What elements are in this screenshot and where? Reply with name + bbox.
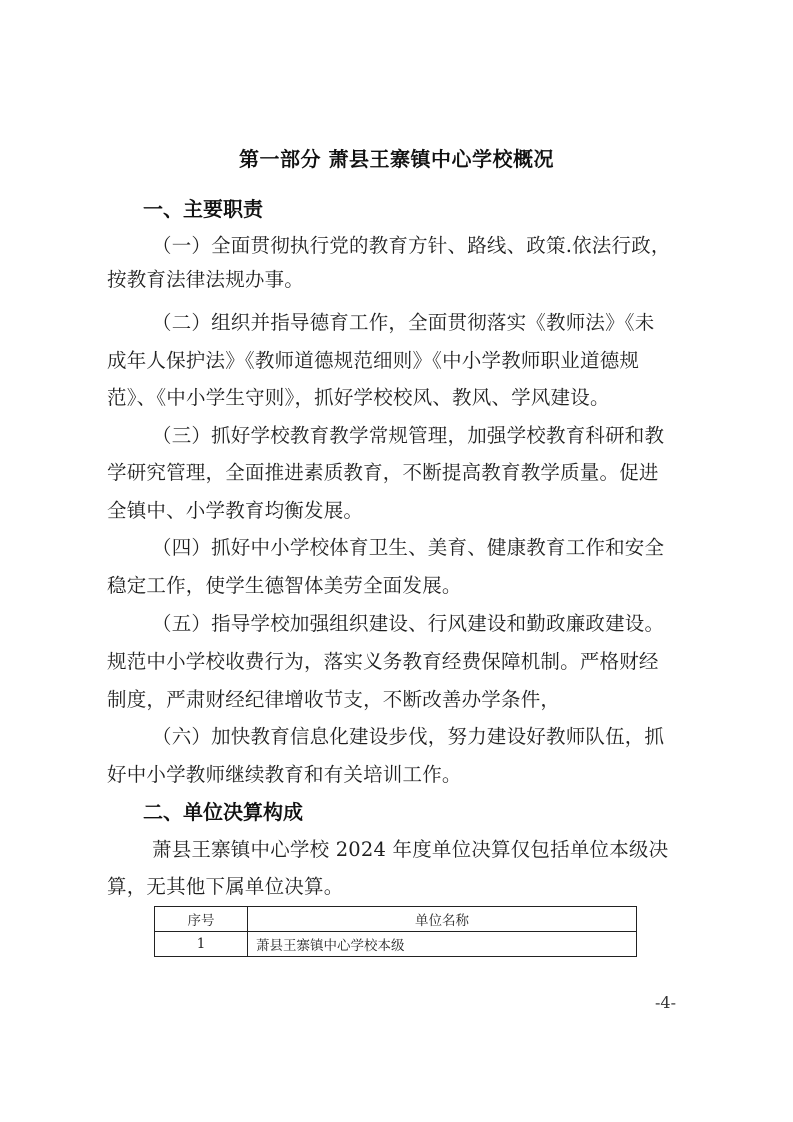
- page-number: -4-: [655, 993, 676, 1012]
- table-header-index: 序号: [155, 907, 248, 932]
- paragraph-line: （二）组织并指导德育工作，全面贯彻落实《教师法》《未: [152, 307, 654, 335]
- document-page: 第一部分 萧县王寨镇中心学校概况 一、主要职责 （一）全面贯彻执行党的教育方针、…: [0, 0, 793, 1122]
- table-cell-unit-name: 萧县王寨镇中心学校本级: [248, 932, 637, 957]
- paragraph-line: 制度，严肃财经纪律增收节支，不断改善办学条件，: [107, 684, 560, 712]
- section-heading-duties: 一、主要职责: [143, 193, 263, 222]
- table-header-unit-name: 单位名称: [248, 907, 637, 932]
- paragraph-line: 范》、《中小学生守则》，抓好学校校风、教风、学风建设。: [107, 382, 610, 410]
- paragraph-line: 按教育法律法规办事。: [107, 264, 304, 292]
- paragraph-line: （四）抓好中小学校体育卫生、美育、健康教育工作和安全: [152, 532, 664, 560]
- paragraph-line: 好中小学教师继续教育和有关培训工作。: [107, 759, 462, 787]
- table-cell-index: 1: [155, 932, 248, 957]
- paragraph-line: 规范中小学校收费行为，落实义务教育经费保障机制。严格财经: [107, 646, 659, 674]
- paragraph-line: （五）指导学校加强组织建设、行风建设和勤政廉政建设。: [152, 608, 664, 636]
- paragraph-line: 萧县王寨镇中心学校 2024 年度单位决算仅包括单位本级决: [152, 834, 668, 862]
- unit-table: 序号 单位名称 1 萧县王寨镇中心学校本级: [154, 906, 637, 957]
- table-header-row: 序号 单位名称: [155, 907, 637, 932]
- table-row: 1 萧县王寨镇中心学校本级: [155, 932, 637, 957]
- paragraph-line: （六）加快教育信息化建设步伐，努力建设好教师队伍，抓: [152, 721, 664, 749]
- section-heading-composition: 二、单位决算构成: [143, 796, 303, 825]
- paragraph-line: 全镇中、小学教育均衡发展。: [107, 495, 363, 523]
- paragraph-line: 稳定工作，使学生德智体美劳全面发展。: [107, 570, 462, 598]
- paragraph-line: （三）抓好学校教育教学常规管理，加强学校教育科研和教: [152, 420, 664, 448]
- paragraph-line: （一）全面贯彻执行党的教育方针、路线、政策.依法行政，: [152, 230, 671, 258]
- paragraph-line: 成年人保护法》《教师道德规范细则》《中小学教师职业道德规: [107, 345, 639, 373]
- page-title: 第一部分 萧县王寨镇中心学校概况: [0, 143, 793, 172]
- paragraph-line: 算，无其他下属单位决算。: [107, 871, 343, 899]
- paragraph-line: 学研究管理，全面推进素质教育，不断提高教育教学质量。促进: [107, 457, 659, 485]
